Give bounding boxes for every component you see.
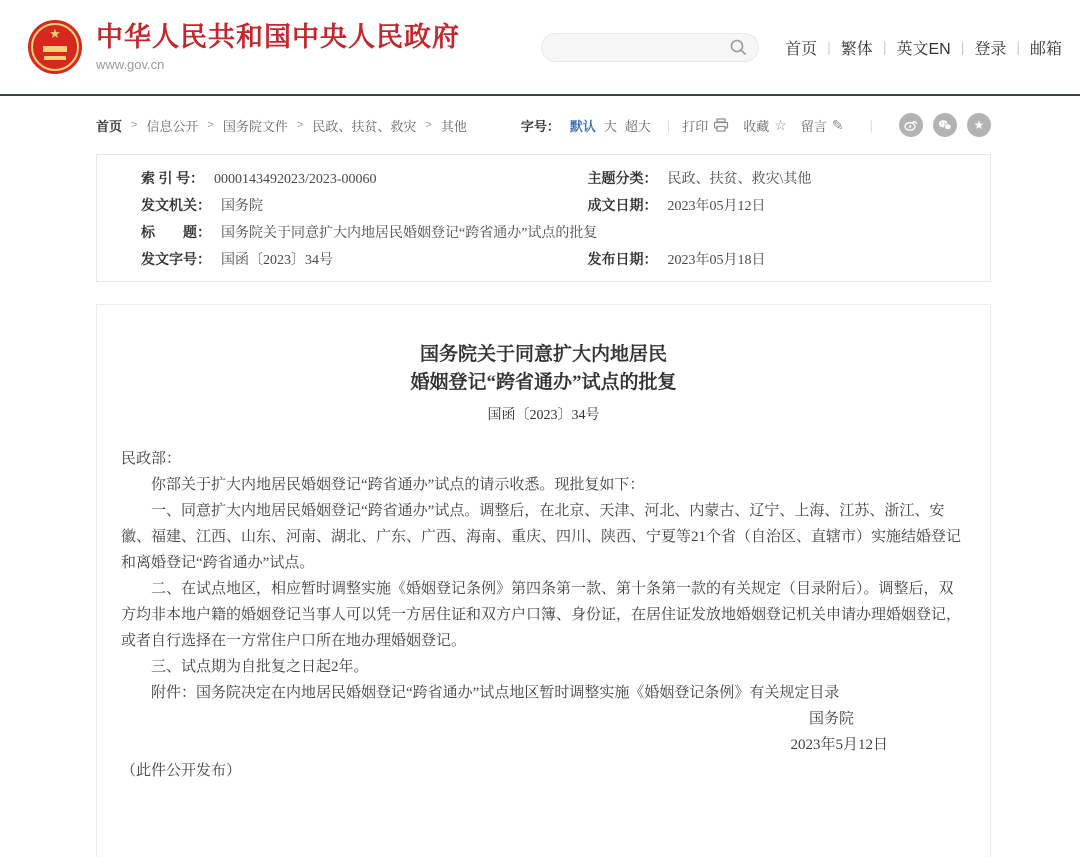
document-body: 民政部： 你部关于扩大内地居民婚姻登记“跨省通办”试点的请示收悉。现批复如下： … (121, 446, 966, 784)
comment-button[interactable]: 留言 ✎ (801, 116, 844, 135)
site-logo[interactable]: ★ 中华人民共和国中央人民政府 www.gov.cn (28, 20, 460, 74)
share-buttons: ★ (889, 113, 991, 137)
wechat-icon (938, 119, 952, 131)
search-box[interactable] (541, 33, 759, 62)
meta-row: 发文字号： 国函〔2023〕34号 发布日期： 2023年05月18日 (97, 245, 990, 272)
site-title: 中华人民共和国中央人民政府 (96, 22, 460, 53)
public-release-note: （此件公开发布） (121, 758, 966, 784)
printer-icon (713, 118, 729, 132)
fontsize-label: 字号： (521, 116, 560, 135)
meta-row: 发文机关： 国务院 成文日期： 2023年05月12日 (97, 191, 990, 218)
breadcrumb: 首页 > 信息公开 > 国务院文件 > 民政、扶贫、救灾 > 其他 (96, 116, 467, 135)
meta-index-value: 0000143492023/2023-00060 (214, 172, 377, 188)
document-meta-table: 索 引 号： 0000143492023/2023-00060 主题分类： 民政… (96, 154, 991, 282)
paragraph: 一、同意扩大内地居民婚姻登记“跨省通办”试点。调整后，在北京、天津、河北、内蒙古… (121, 498, 966, 576)
meta-agency-label: 发文机关： (141, 195, 211, 215)
chevron-right-icon: > (425, 119, 431, 131)
meta-written-date-label: 成文日期： (588, 195, 658, 215)
nav-login[interactable]: 登录 (974, 36, 1006, 59)
paragraph: 你部关于扩大内地居民婚姻登记“跨省通办”试点的请示收悉。现批复如下： (121, 472, 966, 498)
meta-topic-label: 主题分类： (588, 168, 658, 188)
national-emblem-icon: ★ (28, 20, 82, 74)
document-content: 国务院关于同意扩大内地居民 婚姻登记“跨省通办”试点的批复 国函〔2023〕34… (96, 304, 991, 857)
favorite-share-button[interactable]: ★ (967, 113, 991, 137)
breadcrumb-civil-affairs[interactable]: 民政、扶贫、救灾 (312, 116, 416, 135)
site-header: ★ 中华人民共和国中央人民政府 www.gov.cn 首页 | 繁体 | 英文E… (0, 0, 1080, 96)
fontsize-xlarge[interactable]: 超大 (625, 116, 651, 135)
chevron-right-icon: > (207, 119, 213, 131)
signature-date: 2023年5月12日 (121, 732, 966, 758)
meta-publish-date-value: 2023年05月18日 (668, 249, 766, 269)
nav-home[interactable]: 首页 (785, 36, 817, 59)
nav-mail[interactable]: 邮箱 (1030, 36, 1062, 59)
breadcrumb-other[interactable]: 其他 (441, 116, 467, 135)
nav-english[interactable]: 英文EN (896, 36, 950, 59)
star-icon: ☆ (774, 118, 787, 132)
document-number: 国函〔2023〕34号 (121, 404, 966, 424)
search-icon[interactable] (729, 38, 747, 56)
weibo-icon (904, 119, 918, 131)
salutation: 民政部： (121, 446, 966, 472)
meta-written-date-value: 2023年05月12日 (668, 195, 766, 215)
document-title-line2: 婚姻登记“跨省通办”试点的批复 (121, 369, 966, 397)
meta-title-value: 国务院关于同意扩大内地居民婚姻登记“跨省通办”试点的批复 (221, 222, 597, 242)
favorite-button[interactable]: 收藏 ☆ (743, 116, 787, 135)
paragraph: 二、在试点地区，相应暂时调整实施《婚姻登记条例》第四条第一款、第十条第一款的有关… (121, 576, 966, 654)
wechat-share-button[interactable] (933, 113, 957, 137)
document-title-line1: 国务院关于同意扩大内地居民 (121, 341, 966, 369)
meta-doc-number-label: 发文字号： (141, 249, 211, 269)
breadcrumb-info-disclosure[interactable]: 信息公开 (146, 116, 198, 135)
attachment-line: 附件：国务院决定在内地居民婚姻登记“跨省通办”试点地区暂时调整实施《婚姻登记条例… (121, 680, 966, 706)
breadcrumb-home[interactable]: 首页 (96, 116, 122, 135)
chevron-right-icon: > (297, 119, 303, 131)
star-circle-icon: ★ (974, 119, 985, 131)
weibo-share-button[interactable] (899, 113, 923, 137)
pencil-icon: ✎ (832, 118, 844, 132)
fontsize-large[interactable]: 大 (604, 116, 617, 135)
chevron-right-icon: > (131, 119, 137, 131)
meta-publish-date-label: 发布日期： (588, 249, 658, 269)
fontsize-default[interactable]: 默认 (570, 116, 596, 135)
nav-traditional[interactable]: 繁体 (841, 36, 873, 59)
meta-row: 索 引 号： 0000143492023/2023-00060 主题分类： 民政… (97, 164, 990, 191)
meta-row: 标 题： 国务院关于同意扩大内地居民婚姻登记“跨省通办”试点的批复 (97, 218, 990, 245)
signature-organization: 国务院 (121, 706, 966, 732)
meta-title-label: 标 题： (141, 222, 211, 242)
header-right: 首页 | 繁体 | 英文EN | 登录 | 邮箱 (541, 33, 1062, 62)
page-tools: 字号： 默认 大 超大 | 打印 收藏 ☆ 留言 ✎ | (521, 113, 991, 137)
paragraph: 三、试点期为自批复之日起2年。 (121, 654, 966, 680)
meta-doc-number-value: 国函〔2023〕34号 (221, 249, 333, 269)
search-input[interactable] (553, 40, 729, 55)
breadcrumb-state-council-docs[interactable]: 国务院文件 (223, 116, 288, 135)
meta-index-label: 索 引 号： (141, 168, 204, 188)
toolbar: 首页 > 信息公开 > 国务院文件 > 民政、扶贫、救灾 > 其他 字号： 默认… (96, 113, 991, 137)
top-nav: 首页 | 繁体 | 英文EN | 登录 | 邮箱 (785, 36, 1062, 59)
print-button[interactable]: 打印 (682, 116, 729, 135)
meta-agency-value: 国务院 (221, 195, 263, 215)
meta-topic-value: 民政、扶贫、救灾\其他 (668, 168, 812, 188)
site-url: www.gov.cn (96, 57, 460, 72)
